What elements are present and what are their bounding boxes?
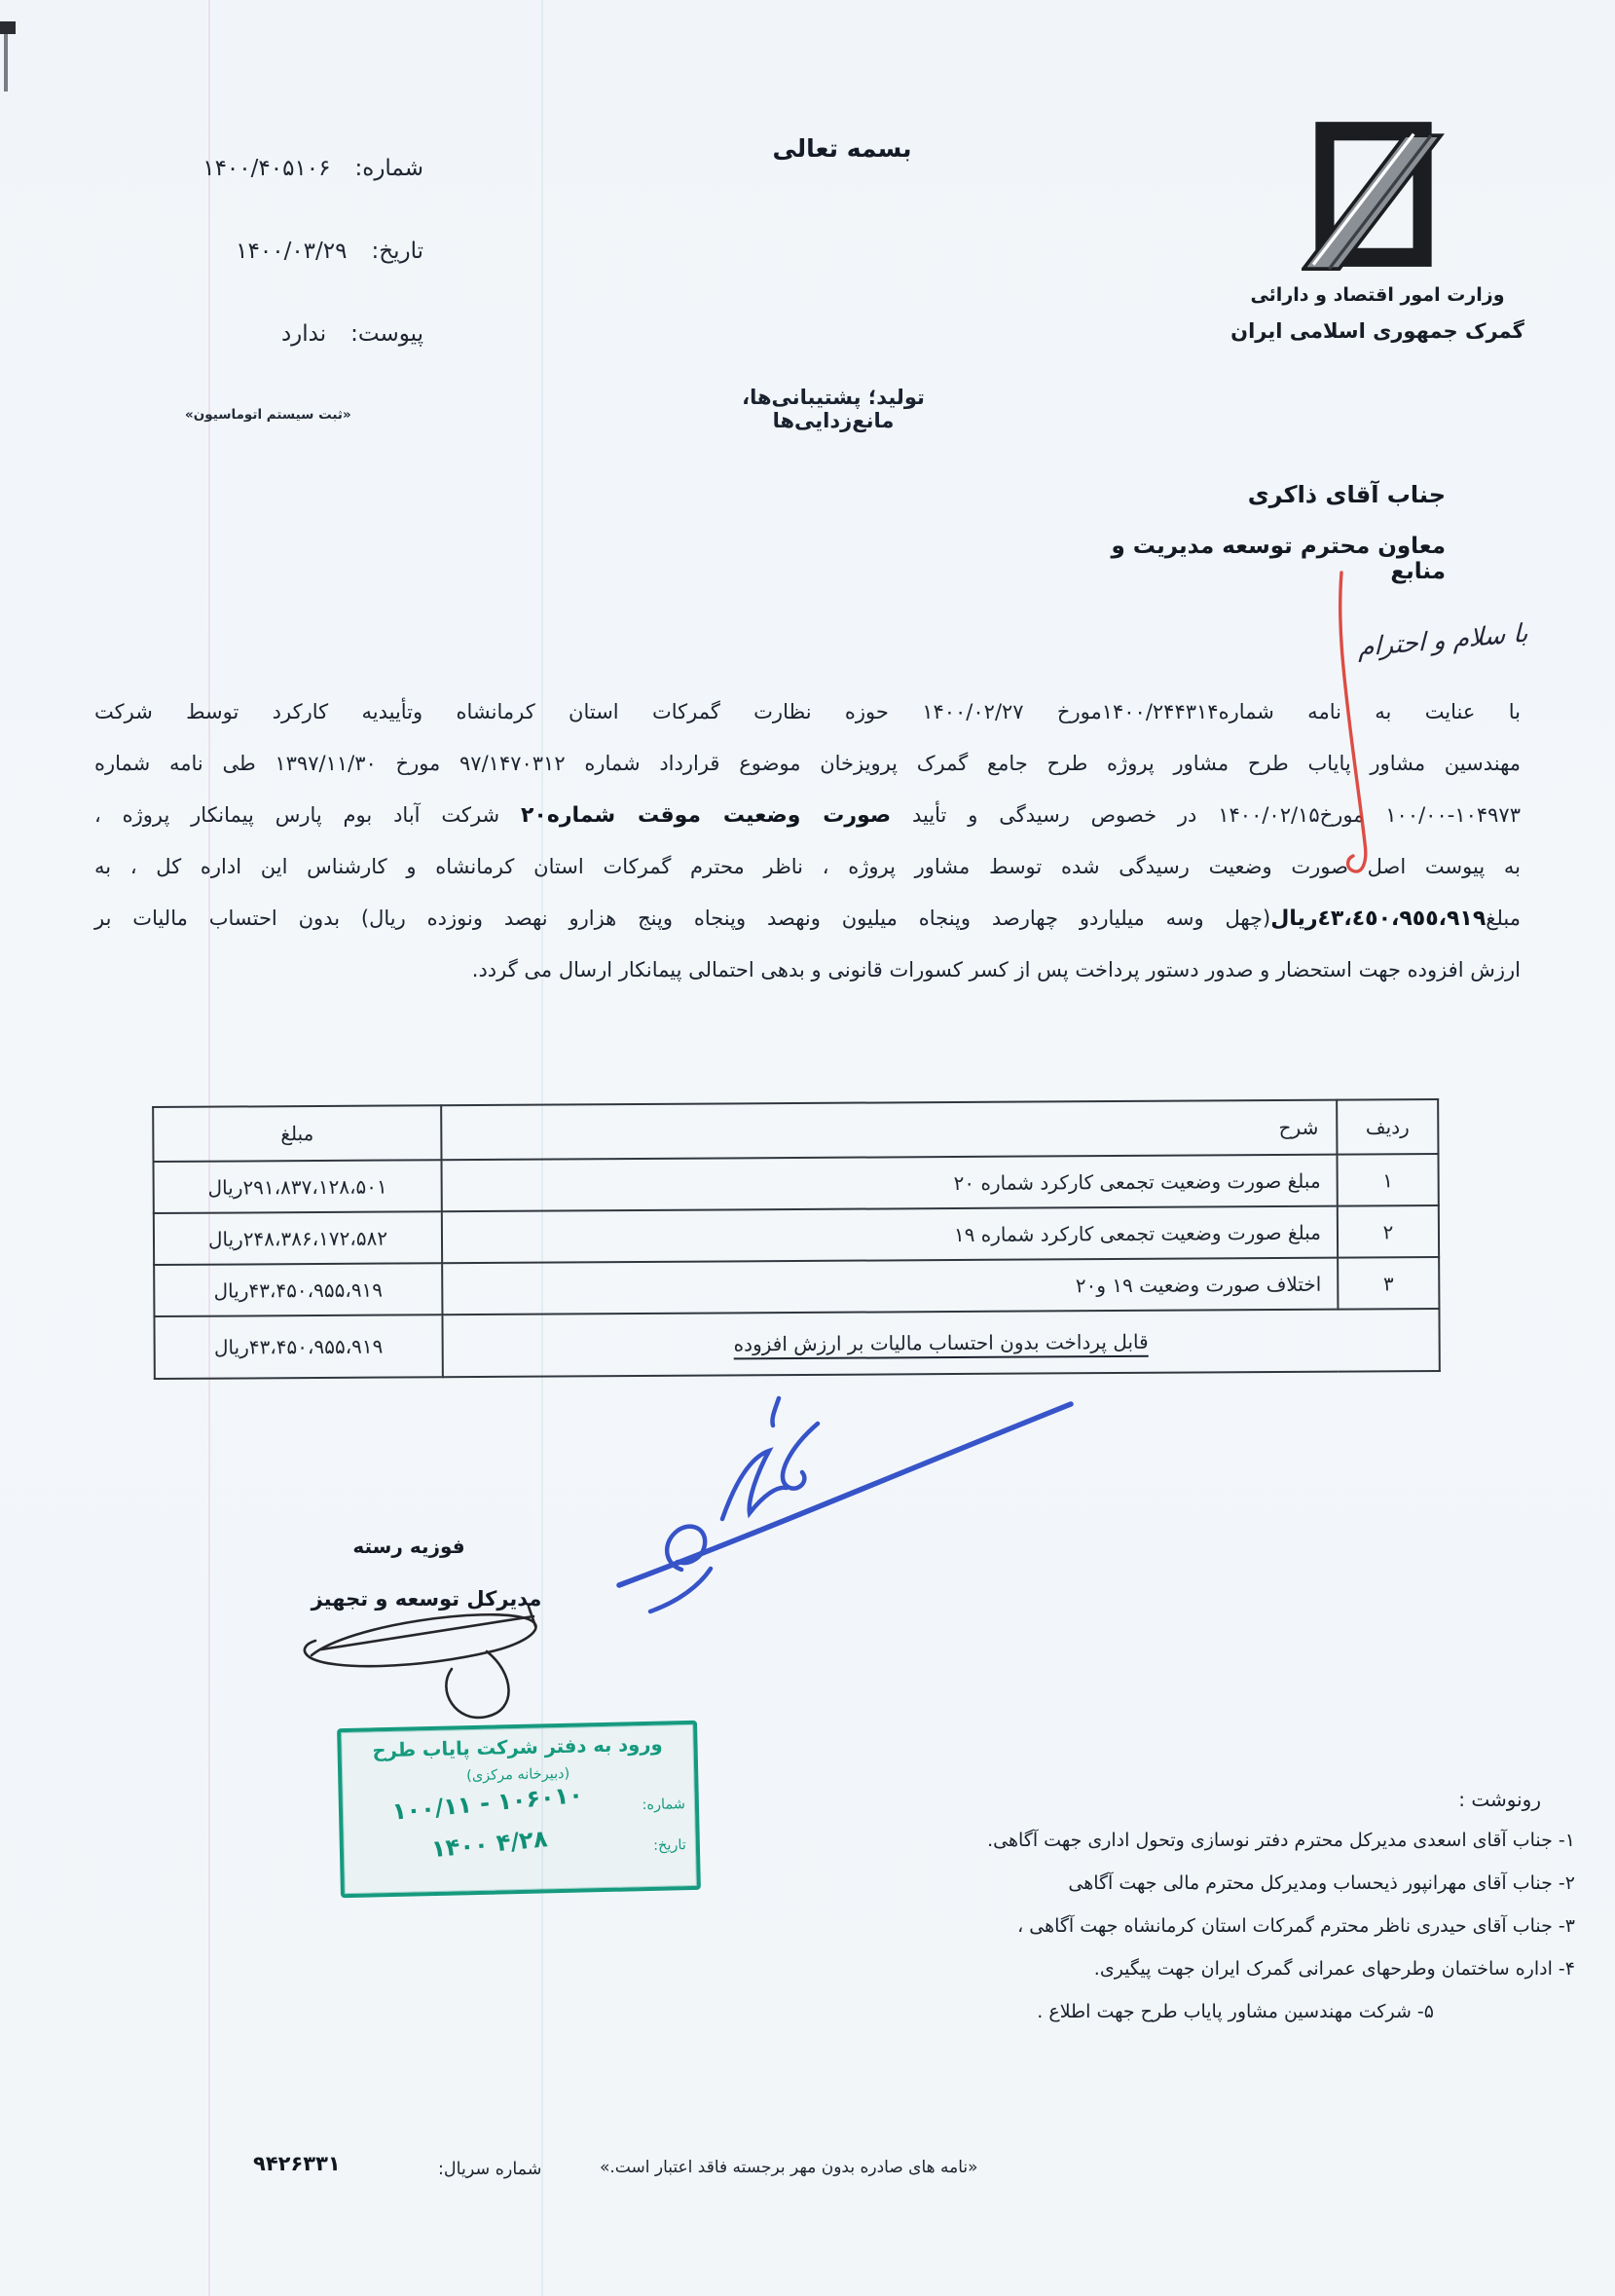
number-value: ۱۴۰۰/۴۰۵۱۰۶ xyxy=(202,156,330,181)
date-value: ۱۴۰۰/۰۳/۲۹ xyxy=(236,239,347,264)
body-line: مبلغ٤٣،٤٥٠،٩٥٥،٩١٩ریال(چهل وسه میلیاردو … xyxy=(94,893,1521,944)
signer-name: فوزیه رسته xyxy=(321,1535,496,1558)
organization-name: گمرک جمهوری اسلامی ایران xyxy=(1212,319,1543,343)
table-row: ۲مبلغ صورت وضعیت تجمعی کارکرد شماره ۱۹۲۴… xyxy=(154,1205,1439,1265)
date-label: تاریخ: xyxy=(371,239,423,264)
attachment-line: پیوست:ندارد xyxy=(127,321,423,347)
column-header-description: شرح xyxy=(441,1100,1337,1161)
document-number-line: شماره:۱۴۰۰/۴۰۵۱۰۶ xyxy=(127,156,423,181)
recipient-name: جناب آقای ذاکری xyxy=(1051,481,1446,508)
body-line: به پیوست اصل صورت وضعیت رسیدگی شده توسط … xyxy=(94,841,1521,893)
column-header-row-number: ردیف xyxy=(1337,1099,1438,1155)
cc-item: ۱- جناب آقای اسعدی مدیرکل محترم دفتر نوس… xyxy=(876,1819,1575,1862)
column-header-amount: مبلغ xyxy=(153,1105,441,1162)
table-header-row: ردیف شرح مبلغ xyxy=(153,1099,1438,1162)
cc-item: ۴- اداره ساختمان وطرحهای عمرانی گمرک ایر… xyxy=(876,1947,1575,1990)
body-line: ۱۰۰/۰۰-۱۰۴۹۷۳ مورخ۱۴۰۰/۰۲/۱۵ در خصوص رسی… xyxy=(94,790,1521,841)
signer-title: مدیرکل توسعه و تجهیز xyxy=(300,1587,553,1611)
cc-label: رونوشت : xyxy=(876,1780,1541,1819)
blue-signature-scrawl xyxy=(619,1398,1071,1611)
scan-edge-artifact xyxy=(0,21,16,34)
serial-number-value: ۹۴۲۶۳۳۱ xyxy=(253,2152,341,2175)
handwritten-greeting: با سلام و احترام xyxy=(1295,618,1528,668)
stamp-date-label: تاریخ: xyxy=(653,1837,686,1854)
stamp-subtitle: (دبیرخانه مرکزی) xyxy=(342,1763,694,1787)
company-entry-stamp: ورود به دفتر شرکت پایاب طرح (دبیرخانه مر… xyxy=(337,1721,701,1898)
footer-validity-notice: «نامه های صادره بدون مهر برجسته فاقد اعت… xyxy=(600,2158,978,2177)
ministry-name: وزارت امور اقتصاد و دارائی xyxy=(1212,284,1543,306)
serial-number-label: شماره سریال: xyxy=(438,2160,541,2179)
table-total-row: قابل پرداخت بدون احتساب مالیات بر ارزش ا… xyxy=(154,1309,1439,1379)
cc-item: ۵- شرکت مهندسین مشاور پایاب طرح جهت اطلا… xyxy=(876,1990,1434,2033)
scan-edge-artifact xyxy=(4,29,8,92)
total-row-description: قابل پرداخت بدون احتساب مالیات بر ارزش ا… xyxy=(442,1309,1439,1377)
cc-list: ۱- جناب آقای اسعدی مدیرکل محترم دفتر نوس… xyxy=(876,1819,1575,2033)
bismillah-header: بسمه تعالی xyxy=(750,134,935,163)
document-date-line: تاریخ:۱۴۰۰/۰۳/۲۹ xyxy=(127,239,423,264)
automation-note: «ثبت سیستم اتوماسیون» xyxy=(185,407,370,423)
stamp-number-label: شماره: xyxy=(642,1796,685,1813)
body-line: با عنایت به نامه شماره۱۴۰۰/۲۴۴۳۱۴مورخ ۱۴… xyxy=(94,686,1521,738)
stamp-date-value: ۱۴۰۰ ۴/۲۸ xyxy=(382,1821,598,1868)
table-row: ۱مبلغ صورت وضعیت تجمعی کارکرد شماره ۲۰۲۹… xyxy=(154,1154,1439,1213)
attachment-value: ندارد xyxy=(281,321,326,347)
stamp-title: ورود به دفتر شرکت پایاب طرح xyxy=(341,1732,693,1762)
body-paragraph: با عنایت به نامه شماره۱۴۰۰/۲۴۴۳۱۴مورخ ۱۴… xyxy=(94,686,1521,996)
number-label: شماره: xyxy=(355,156,423,181)
table-row: ۳اختلاف صورت وضعیت ۱۹ و۲۰۴۳،۴۵۰،۹۵۵،۹۱۹ر… xyxy=(154,1257,1439,1316)
amounts-table: ردیف شرح مبلغ ۱مبلغ صورت وضعیت تجمعی کار… xyxy=(152,1098,1441,1380)
body-line: مهندسین مشاور پایاب طرح مشاور پروژه طرح … xyxy=(94,738,1521,790)
body-line: ارزش افزوده جهت استحضار و صدور دستور پرد… xyxy=(94,944,1521,996)
year-slogan: تولید؛ پشتیبانی‌ها، مانع‌زدایی‌ها xyxy=(681,386,985,432)
director-signature-ink xyxy=(305,1607,536,1718)
scanned-letter: بسمه تعالی وزارت امور اقتصاد و دارائی گم… xyxy=(0,0,1615,2296)
table-body: ۱مبلغ صورت وضعیت تجمعی کارکرد شماره ۲۰۲۹… xyxy=(154,1154,1440,1379)
customs-logo-icon xyxy=(1302,117,1446,275)
attachment-label: پیوست: xyxy=(350,321,423,347)
recipient-title: معاون محترم توسعه مدیریت و منابع xyxy=(1051,534,1446,584)
cc-item: ۲- جناب آقای مهرانپور ذیحساب ومدیرکل محت… xyxy=(876,1862,1575,1905)
total-row-amount: ۴۳،۴۵۰،۹۵۵،۹۱۹ریال xyxy=(154,1315,442,1379)
cc-block: رونوشت : ۱- جناب آقای اسعدی مدیرکل محترم… xyxy=(876,1780,1575,2033)
cc-item: ۳- جناب آقای حیدری ناظر محترم گمرکات است… xyxy=(876,1905,1575,1947)
